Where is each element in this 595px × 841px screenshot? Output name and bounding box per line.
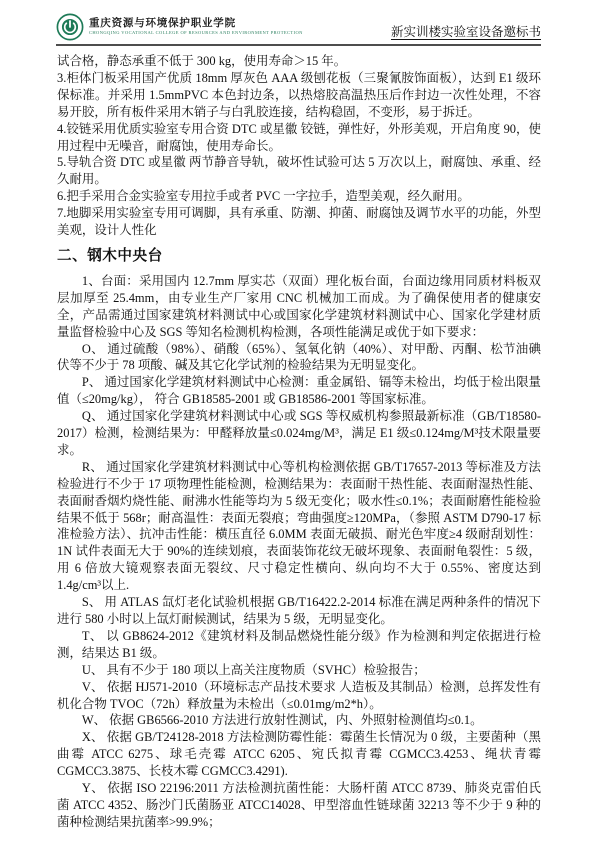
paragraph: S、 用 ATLAS 氙灯老化试验机根据 GB/T16422.2-2014 标准…	[57, 594, 541, 628]
paragraph: P、 通过国家化学建筑材料测试中心检测：重金属铅、镉等未检出，均低于检出限量值（…	[57, 374, 541, 408]
paragraph: V、 依据 HJ571-2010（环境标志产品技术要求 人造板及其制品）检测，总…	[57, 679, 541, 713]
paragraph: W、 依据 GB6566-2010 方法进行放射性测试，内、外照射检测值均≤0.…	[57, 712, 541, 729]
college-name-english: CHONGQING VOCATIONAL COLLEGE OF RESOURCE…	[89, 31, 303, 36]
page-header: 重庆资源与环境保护职业学院 CHONGQING VOCATIONAL COLLE…	[56, 13, 541, 46]
college-brand: 重庆资源与环境保护职业学院 CHONGQING VOCATIONAL COLLE…	[56, 13, 303, 41]
college-name-block: 重庆资源与环境保护职业学院 CHONGQING VOCATIONAL COLLE…	[89, 18, 303, 36]
paragraph: Y、 依据 ISO 22196:2011 方法检测抗菌性能：大肠杆菌 ATCC …	[57, 780, 541, 831]
paragraph: 试合格，静态承重不低于 300 kg，使用寿命＞15 年。	[57, 53, 541, 70]
section-heading: 二、钢木中央台	[57, 248, 541, 265]
paragraph: U、 具有不少于 180 项以上高关注度物质（SVHC）检验报告；	[57, 662, 541, 679]
paragraph: Q、 通过国家化学建筑材料测试中心或 SGS 等权威机构参照最新标准（GB/T1…	[57, 408, 541, 459]
paragraph: 7.地脚采用实验室专用可调脚，具有承重、防潮、抑菌、耐腐蚀及调节水平的功能，外型…	[57, 205, 541, 239]
paragraph: 5.导轨合资 DTC 或星徽 两节静音导轨，破坏性试验可达 5 万次以上，耐腐蚀…	[57, 154, 541, 188]
document-page: 重庆资源与环境保护职业学院 CHONGQING VOCATIONAL COLLE…	[0, 0, 595, 841]
paragraph: 4.铰链采用优质实验室专用合资 DTC 或星徽 铰链，弹性好，外形美观，开启角度…	[57, 121, 541, 155]
paragraph: 3.柜体门板采用国产优质 18mm 厚灰色 AAA 级刨花板（三聚氰胺饰面板），…	[57, 70, 541, 121]
college-name: 重庆资源与环境保护职业学院	[89, 18, 303, 30]
paragraph: 1、台面：采用国内 12.7mm 厚实芯（双面）理化板台面，台面边缘用同质材料板…	[57, 273, 541, 341]
paragraph: 6.把手采用合金实验室专用拉手或者 PVC 一字拉手，造型美观，经久耐用。	[57, 188, 541, 205]
paragraph: X、 依据 GB/T24128-2018 方法检测防霉性能：霉菌生长情况为 0 …	[57, 729, 541, 780]
paragraph: T、 以 GB8624-2012《建筑材料及制品燃烧性能分级》作为检测和判定依据…	[57, 628, 541, 662]
document-title: 新实训楼实验室设备邀标书	[391, 22, 541, 41]
college-logo-icon	[56, 13, 84, 41]
paragraph: O、 通过硫酸（98%）、硝酸（65%）、氢氧化钠（40%）、对甲酚、丙酮、松节…	[57, 341, 541, 375]
paragraph: R、 通过国家化学建筑材料测试中心等机构检测依据 GB/T17657-2013 …	[57, 459, 541, 594]
document-body: 试合格，静态承重不低于 300 kg，使用寿命＞15 年。3.柜体门板采用国产优…	[57, 53, 541, 831]
